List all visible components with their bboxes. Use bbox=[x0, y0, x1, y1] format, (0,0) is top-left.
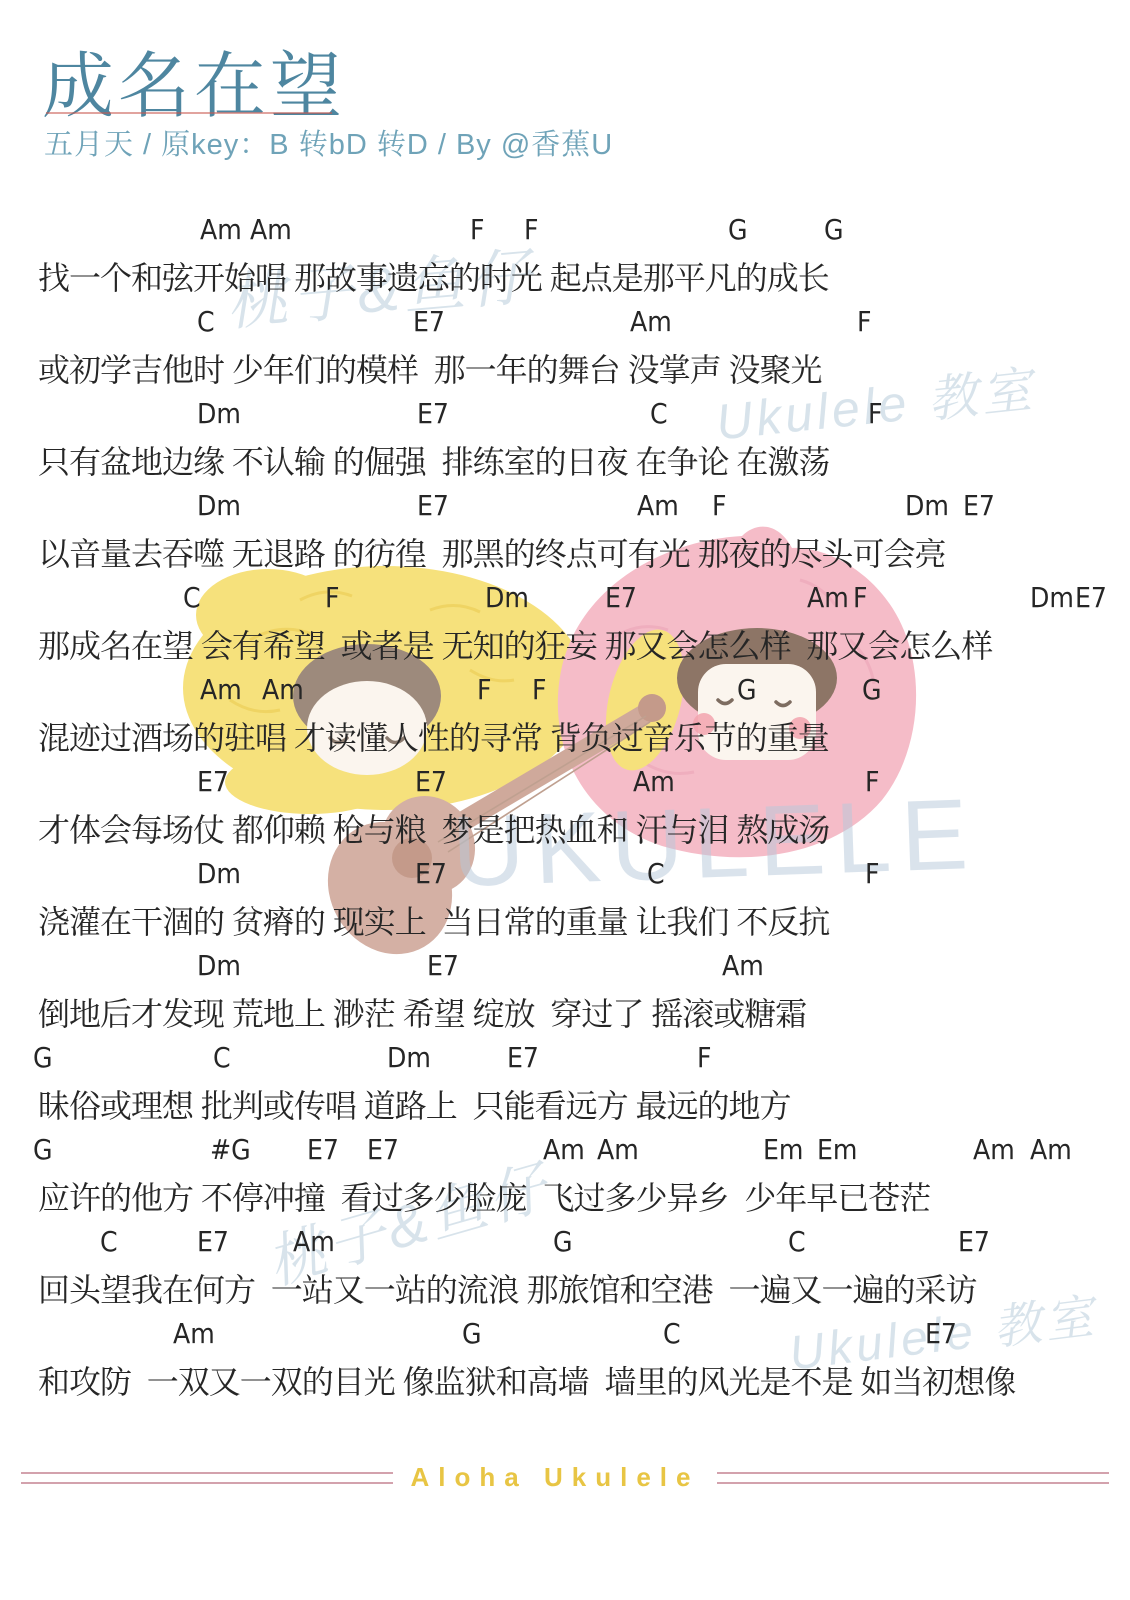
chord-label: E7 bbox=[417, 397, 449, 430]
chord-label: E7 bbox=[197, 765, 229, 798]
chord-label: Am bbox=[807, 581, 849, 614]
chord-label: Am bbox=[630, 305, 672, 338]
chord-label: G bbox=[824, 213, 844, 246]
chord-lyric-pair: GCDmE7F昧俗或理想 批判或传唱 道路上 只能看远方 最远的地方 bbox=[0, 1041, 1130, 1133]
chord-label: Am bbox=[200, 213, 242, 246]
chord-label: E7 bbox=[1075, 581, 1107, 614]
chord-label: F bbox=[868, 397, 883, 430]
lyric-line: 以音量去吞噬 无退路 的彷徨 那黑的终点可有光 那夜的尽头可会亮 bbox=[38, 529, 945, 575]
chord-label: Dm bbox=[197, 949, 241, 982]
chord-label: Em bbox=[763, 1133, 803, 1166]
chord-label: E7 bbox=[958, 1225, 990, 1258]
lyric-line: 才体会每场仗 都仰赖 枪与粮 梦是把热血和 汗与泪 熬成汤 bbox=[38, 805, 829, 851]
chord-label: E7 bbox=[415, 765, 447, 798]
chord-label: Am bbox=[173, 1317, 215, 1350]
chord-label: E7 bbox=[307, 1133, 339, 1166]
footer: Aloha Ukulele bbox=[0, 1462, 1130, 1493]
chord-label: C bbox=[197, 305, 215, 338]
chord-label: Dm bbox=[197, 397, 241, 430]
chord-label: Am bbox=[1030, 1133, 1072, 1166]
chord-lyric-pair: AmAmFFGG混迹过酒场的驻唱 才读懂人性的寻常 背负过音乐节的重量 bbox=[0, 673, 1130, 765]
chord-lyric-pair: DmE7CF只有盆地边缘 不认输 的倔强 排练室的日夜 在争论 在激荡 bbox=[0, 397, 1130, 489]
chord-label: Am bbox=[722, 949, 764, 982]
chord-label: Am bbox=[293, 1225, 335, 1258]
chord-label: Dm bbox=[387, 1041, 431, 1074]
lyric-line: 昧俗或理想 批判或传唱 道路上 只能看远方 最远的地方 bbox=[38, 1081, 790, 1127]
chord-label: C bbox=[213, 1041, 231, 1074]
lyric-line: 那成名在望 会有希望 或者是 无知的狂妄 那又会怎么样 那又会怎么样 bbox=[38, 621, 992, 667]
chord-label: Am bbox=[633, 765, 675, 798]
chord-label: F bbox=[865, 857, 880, 890]
chord-label: E7 bbox=[415, 857, 447, 890]
chord-label: Am bbox=[200, 673, 242, 706]
chord-label: E7 bbox=[367, 1133, 399, 1166]
chord-label: Em bbox=[817, 1133, 857, 1166]
chord-lyric-pair: CE7AmF或初学吉他时 少年们的模样 那一年的舞台 没掌声 没聚光 bbox=[0, 305, 1130, 397]
chord-label: Am bbox=[597, 1133, 639, 1166]
chord-label: Dm bbox=[197, 489, 241, 522]
chord-label: E7 bbox=[427, 949, 459, 982]
chord-label: #G bbox=[210, 1133, 251, 1166]
chord-label: G bbox=[862, 673, 882, 706]
chord-label: Dm bbox=[1030, 581, 1074, 614]
chord-label: Dm bbox=[197, 857, 241, 890]
chord-label: E7 bbox=[507, 1041, 539, 1074]
chord-label: Am bbox=[973, 1133, 1015, 1166]
chord-label: E7 bbox=[413, 305, 445, 338]
lyric-line: 和攻防 一双又一双的目光 像监狱和高墙 墙里的风光是不是 如当初想像 bbox=[38, 1357, 1015, 1403]
chord-label: Am bbox=[262, 673, 304, 706]
chord-label: E7 bbox=[417, 489, 449, 522]
chord-label: F bbox=[865, 765, 880, 798]
chord-label: Dm bbox=[485, 581, 529, 614]
chord-label: Am bbox=[543, 1133, 585, 1166]
chord-label: Dm bbox=[905, 489, 949, 522]
chord-label: E7 bbox=[605, 581, 637, 614]
chord-label: E7 bbox=[925, 1317, 957, 1350]
chord-lyric-pair: CFDmE7AmFDmE7那成名在望 会有希望 或者是 无知的狂妄 那又会怎么样… bbox=[0, 581, 1130, 673]
chord-label: G bbox=[553, 1225, 573, 1258]
chord-label: Am bbox=[637, 489, 679, 522]
chord-label: C bbox=[100, 1225, 118, 1258]
chord-label: F bbox=[325, 581, 340, 614]
chord-label: G bbox=[728, 213, 748, 246]
chord-lyric-pair: G#GE7E7AmAmEmEmAmAm应许的他方 不停冲撞 看过多少脸庞 飞过多… bbox=[0, 1133, 1130, 1225]
chord-label: F bbox=[532, 673, 547, 706]
chord-lyric-pair: DmE7AmFDmE7以音量去吞噬 无退路 的彷徨 那黑的终点可有光 那夜的尽头… bbox=[0, 489, 1130, 581]
lyric-line: 找一个和弦开始唱 那故事遗忘的时光 起点是那平凡的成长 bbox=[38, 253, 829, 299]
chord-label: F bbox=[470, 213, 485, 246]
chord-label: E7 bbox=[963, 489, 995, 522]
lyric-line: 倒地后才发现 荒地上 渺茫 希望 绽放 穿过了 摇滚或糖霜 bbox=[38, 989, 806, 1035]
chord-label: F bbox=[697, 1041, 712, 1074]
chord-label: Am bbox=[250, 213, 292, 246]
footer-rule-right bbox=[717, 1472, 1109, 1484]
chord-lyric-pair: AmGCE7和攻防 一双又一双的目光 像监狱和高墙 墙里的风光是不是 如当初想像 bbox=[0, 1317, 1130, 1409]
chord-label: G bbox=[737, 673, 757, 706]
footer-rule-left bbox=[21, 1472, 393, 1484]
lyric-line: 只有盆地边缘 不认输 的倔强 排练室的日夜 在争论 在激荡 bbox=[38, 437, 829, 483]
chord-label: F bbox=[853, 581, 868, 614]
chord-label: C bbox=[183, 581, 201, 614]
chord-label: F bbox=[524, 213, 539, 246]
chord-label: G bbox=[33, 1133, 53, 1166]
chord-label: E7 bbox=[197, 1225, 229, 1258]
chord-label: G bbox=[462, 1317, 482, 1350]
lyric-line: 混迹过酒场的驻唱 才读懂人性的寻常 背负过音乐节的重量 bbox=[38, 713, 829, 759]
lyric-line: 回头望我在何方 一站又一站的流浪 那旅馆和空港 一遍又一遍的采访 bbox=[38, 1265, 976, 1311]
chord-label: G bbox=[33, 1041, 53, 1074]
chord-lyric-pair: DmE7CF浇灌在干涸的 贫瘠的 现实上 当日常的重量 让我们 不反抗 bbox=[0, 857, 1130, 949]
chord-label: C bbox=[647, 857, 665, 890]
chord-lyric-pair: CE7AmGCE7回头望我在何方 一站又一站的流浪 那旅馆和空港 一遍又一遍的采… bbox=[0, 1225, 1130, 1317]
chord-lyric-pair: DmE7Am倒地后才发现 荒地上 渺茫 希望 绽放 穿过了 摇滚或糖霜 bbox=[0, 949, 1130, 1041]
chord-label: F bbox=[857, 305, 872, 338]
chord-label: C bbox=[650, 397, 668, 430]
chord-label: F bbox=[712, 489, 727, 522]
lyric-line: 浇灌在干涸的 贫瘠的 现实上 当日常的重量 让我们 不反抗 bbox=[38, 897, 829, 943]
chord-lyric-pair: AmAmFFGG找一个和弦开始唱 那故事遗忘的时光 起点是那平凡的成长 bbox=[0, 213, 1130, 305]
chord-label: F bbox=[477, 673, 492, 706]
chord-label: C bbox=[788, 1225, 806, 1258]
lyric-line: 应许的他方 不停冲撞 看过多少脸庞 飞过多少异乡 少年早已苍茫 bbox=[38, 1173, 930, 1219]
chord-lyric-sheet: AmAmFFGG找一个和弦开始唱 那故事遗忘的时光 起点是那平凡的成长CE7Am… bbox=[0, 0, 1130, 1600]
lyric-line: 或初学吉他时 少年们的模样 那一年的舞台 没掌声 没聚光 bbox=[38, 345, 821, 391]
footer-brand: Aloha Ukulele bbox=[411, 1462, 700, 1493]
chord-label: C bbox=[663, 1317, 681, 1350]
chord-lyric-pair: E7E7AmF才体会每场仗 都仰赖 枪与粮 梦是把热血和 汗与泪 熬成汤 bbox=[0, 765, 1130, 857]
chord-sheet-page: 桃子&鱼仔Ukulele 教室UKULELE桃子&鱼仔Ukulele 教室 成名… bbox=[0, 0, 1130, 1600]
